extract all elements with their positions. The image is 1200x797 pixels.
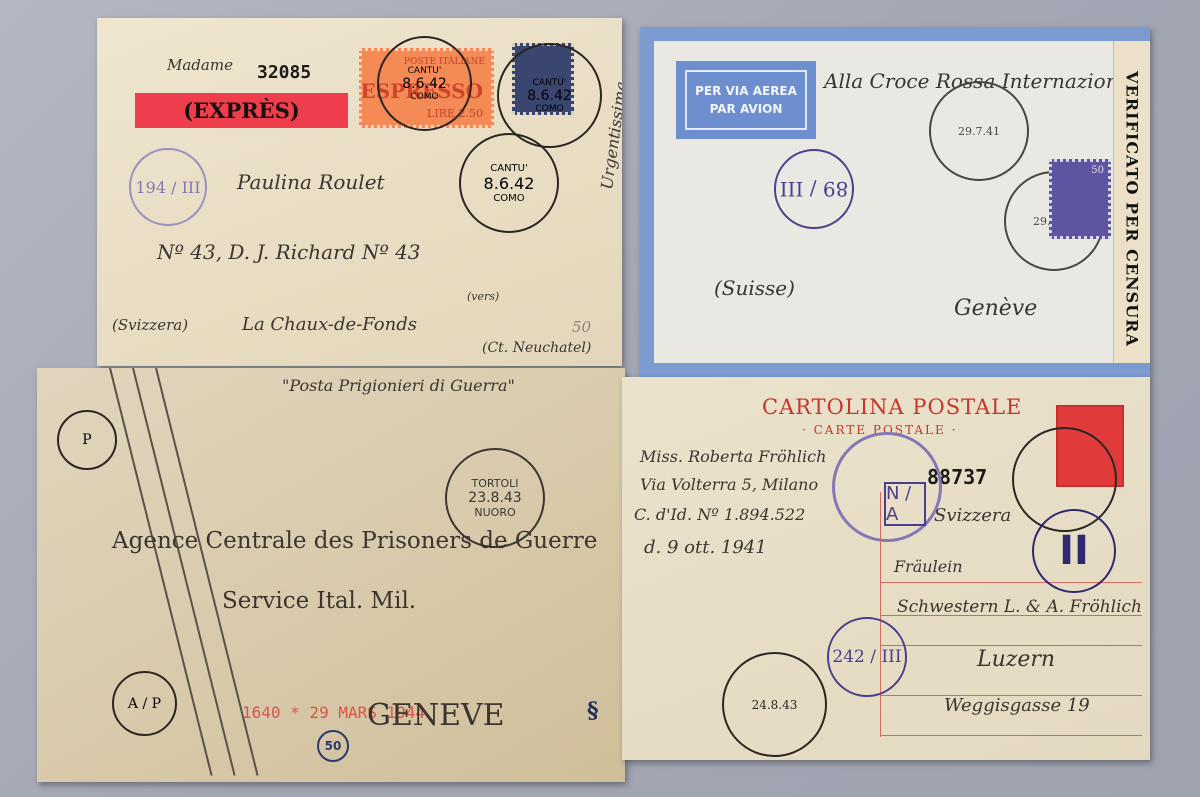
pow-envelope: P A / P "Posta Prigionieri di Guerra" TO… (37, 368, 625, 782)
registration-number: 32085 (257, 62, 311, 83)
airmail-label: PER VIA AEREA PAR AVION (676, 61, 816, 139)
circle-mark: 50 (317, 730, 349, 762)
censor-mark: 242 / III (827, 617, 907, 697)
country: (Suisse) (714, 276, 795, 300)
city: La Chaux-de-Fonds (242, 314, 417, 335)
address-note: (vers) (467, 290, 499, 303)
censor-mark: II (1032, 509, 1116, 593)
censor-tape: VERIFICATO PER CENSURA (1113, 27, 1150, 377)
milano-postmark: 24.8.43 (722, 652, 827, 757)
address-line: Nº 43, D. J. Richard Nº 43 (157, 240, 421, 264)
pencil-note: 50 (572, 318, 591, 336)
sender-line: d. 9 ott. 1941 (644, 537, 767, 558)
recipient-street: Weggisgasse 19 (944, 695, 1090, 716)
censor-mark: 194 / III (129, 148, 207, 226)
censor-mark: 89 / III (774, 149, 854, 229)
recipient-city: Luzern (977, 647, 1055, 672)
recipient-country: Svizzera (934, 505, 1011, 526)
canton: (Ct. Neuchatel) (482, 340, 591, 356)
violet-stamp: 50 (1049, 159, 1111, 239)
recipient-name: Paulina Roulet (237, 170, 385, 194)
sender-line: C. d'Id. Nº 1.894.522 (634, 505, 805, 524)
side-mark: A / P (112, 671, 177, 736)
sender-line: Miss. Roberta Fröhlich (640, 447, 826, 466)
recipient-line: Agence Centrale des Prisoners de Guerre (112, 528, 597, 554)
express-label: (EXPRÈS) (135, 93, 348, 128)
airmail-envelope: PER VIA AEREA PAR AVION Alla Croce Rossa… (640, 27, 1150, 377)
express-envelope: Madame 32085 (EXPRÈS) POSTE ITALIANE ESP… (97, 18, 622, 366)
section-symbol: § (587, 698, 599, 724)
cantu-postmark: CANTU' 8.6.42 COMO (459, 133, 559, 233)
address-rule (880, 735, 1142, 736)
sender-line: Via Volterra 5, Milano (640, 475, 818, 494)
side-mark: P (57, 410, 117, 470)
address-rule (880, 582, 1142, 583)
postcard: CARTOLINA POSTALE · CARTE POSTALE · 8873… (622, 377, 1150, 760)
city: Genève (954, 296, 1037, 321)
city: GENEVE (367, 698, 505, 733)
cantu-postmark: CANTU' 8.6.42 COMO (377, 36, 472, 131)
censor-box: N / A (884, 482, 926, 526)
salutation: Madame (167, 56, 233, 74)
recipient-line: Schwestern L. & A. Fröhlich (897, 597, 1142, 617)
header-note: "Posta Prigionieri di Guerra" (282, 376, 515, 395)
address-rule (880, 645, 1142, 646)
recipient-line: Fräulein (894, 557, 963, 576)
postcard-title: CARTOLINA POSTALE (762, 395, 1022, 419)
recipient-line: Service Ital. Mil. (222, 588, 416, 614)
country: (Svizzera) (112, 316, 188, 334)
barletta-postmark: 29.7.41 (929, 81, 1029, 181)
